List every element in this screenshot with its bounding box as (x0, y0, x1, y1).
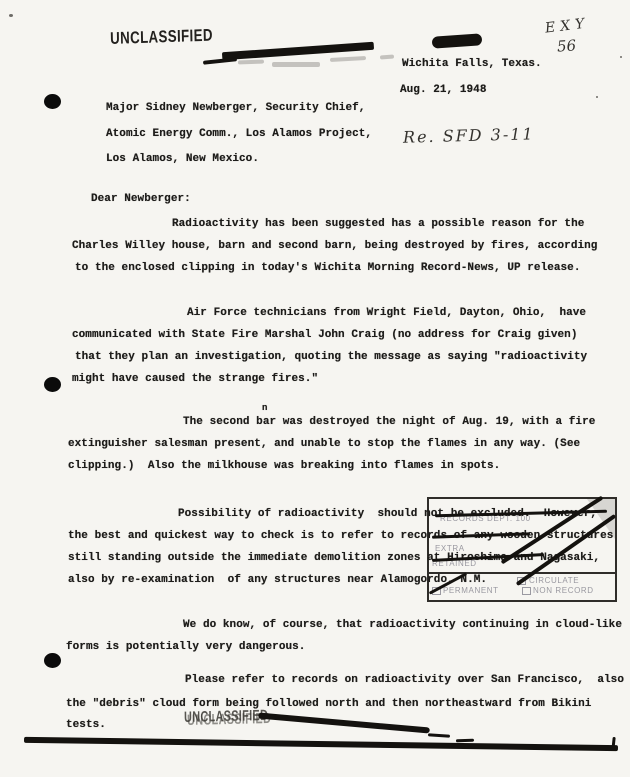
redaction-scribble-bottom-dash (456, 739, 474, 743)
body-line: We do know, of course, that radioactivit… (183, 619, 622, 631)
place-line: Wichita Falls, Texas. (402, 58, 542, 70)
scan-speck (596, 96, 598, 98)
faded-stamp-mark (380, 55, 394, 60)
unclassified-stamp-bottom: UNCLASSIFIED (184, 707, 268, 726)
unclassified-stamp-top: UNCLASSIFIED (110, 26, 213, 49)
body-line: clipping.) Also the milkhouse was breaki… (68, 460, 500, 472)
stamp-circulate-label: CIRCULATE (529, 576, 579, 585)
handwritten-code: EXY (544, 15, 590, 36)
redaction-scribble-bottom (258, 713, 430, 734)
body-line: might have caused the strange fires." (72, 373, 318, 385)
body-line: Charles Willey house, barn and second ba… (72, 240, 597, 252)
date-line: Aug. 21, 1948 (400, 84, 486, 96)
faded-stamp-mark (272, 62, 320, 67)
handwritten-reference: Re. SFD 3-11 (403, 124, 535, 146)
hole-punch (44, 94, 61, 109)
salutation: Dear Newberger: (91, 193, 191, 205)
scan-speck (9, 14, 13, 17)
body-line: to the enclosed clipping in today's Wich… (75, 262, 580, 274)
scan-speck (620, 56, 622, 58)
body-line: The second bar was destroyed the night o… (183, 416, 595, 428)
redaction-scribble-bottom-tail (428, 733, 450, 738)
stamp-non-record-label: NON RECORD (533, 586, 594, 595)
handwritten-number: 56 (556, 36, 576, 55)
recipient-line: Atomic Energy Comm., Los Alamos Project, (106, 128, 372, 140)
scanned-letter-page: UNCLASSIFIED EXY 56 Re. SFD 3-11 Wichita… (0, 0, 630, 777)
body-line: tests. (66, 719, 106, 731)
body-line: extinguisher salesman present, and unabl… (68, 438, 580, 450)
scan-edge-line (24, 737, 618, 751)
body-line: Air Force technicians from Wright Field,… (187, 307, 586, 319)
redaction-mark-small (432, 33, 483, 48)
body-line: Please refer to records on radioactivity… (185, 674, 624, 686)
stamp-permanent-label: PERMANENT (443, 586, 499, 595)
typo-insert-n: n (262, 403, 267, 413)
faded-stamp-mark (238, 60, 264, 65)
body-line: also by re-examination of any structures… (68, 574, 487, 586)
body-line: forms is potentially very dangerous. (66, 641, 305, 653)
body-line: communicated with State Fire Marshal Joh… (72, 329, 577, 341)
body-line: Radioactivity has been suggested has a p… (172, 218, 584, 230)
redaction-scribble-top-tail (203, 57, 237, 65)
hole-punch (44, 377, 61, 392)
recipient-line: Los Alamos, New Mexico. (106, 153, 259, 165)
recipient-line: Major Sidney Newberger, Security Chief, (106, 102, 365, 114)
checkbox-icon (522, 587, 531, 595)
faded-stamp-mark (330, 56, 366, 62)
hole-punch (44, 653, 61, 668)
body-line: the "debris" cloud form being followed n… (66, 698, 591, 710)
body-line: that they plan an investigation, quoting… (75, 351, 587, 363)
